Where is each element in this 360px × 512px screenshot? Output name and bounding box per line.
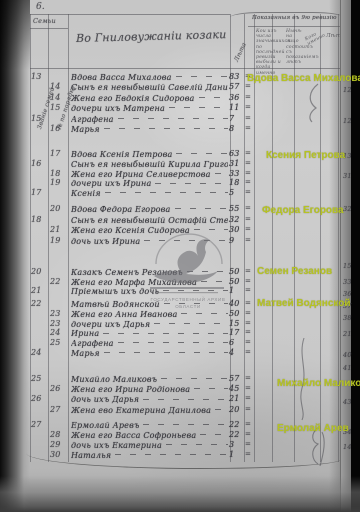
age-value: 32 [229, 215, 244, 224]
dash-run [215, 405, 228, 413]
line-number-new: 14 [50, 82, 67, 91]
dash-run [118, 338, 228, 346]
line-number-old: 17 [31, 188, 48, 197]
person-name: Аграфена [71, 339, 114, 348]
tally-mark: = [245, 319, 255, 327]
edge-number: 31 [343, 172, 352, 180]
dash-run [199, 93, 228, 101]
age-value: 15 [229, 319, 244, 328]
person-entry: Сынъ ея невыбывшій Остафій Степановъ [71, 215, 228, 225]
register-row: 18Сынъ ея невыбывшій Остафій Степановъ32… [0, 215, 360, 226]
tally-mark: = [245, 114, 255, 122]
dash-run [169, 103, 228, 111]
line-number-new: 17 [50, 149, 67, 158]
age-value: 45 [229, 384, 244, 393]
age-value: 36 [229, 93, 244, 102]
tally-mark: = [245, 440, 255, 448]
tally-mark: = [245, 225, 255, 233]
tally-mark: = [245, 267, 255, 275]
person-entry: дочери ихъ Ирина [71, 178, 228, 188]
age-value: 57 [229, 374, 244, 383]
name-annotation: Михайло Маликов [277, 378, 360, 389]
person-entry: Аграфена [71, 338, 228, 348]
person-name: Сынъ ея невыбывшій Савелій Даниловъ [71, 83, 228, 92]
person-name: дочери ихъ Ирина [71, 179, 151, 188]
person-entry: дочь ихъ Екатерина [71, 440, 228, 450]
age-value: 33 [229, 169, 244, 178]
tally-mark: = [245, 420, 255, 428]
person-name: Марья [71, 125, 100, 134]
dash-run [175, 204, 229, 212]
dash-run [166, 440, 228, 448]
tally-mark: = [245, 286, 255, 294]
person-name: Жена его Ирина Селиверстова [71, 170, 211, 179]
name-annotation: Вдова Васса Михалова [247, 73, 360, 84]
age-value: 21 [229, 394, 244, 403]
name-annotation: Ксения Петрова [266, 150, 345, 161]
person-name: Сынъ ея невыбывшій Кирила Григорьевъ [71, 160, 228, 169]
person-entry: Ксенія [71, 188, 228, 198]
age-value: 8 [229, 124, 244, 133]
tally-mark: = [245, 309, 255, 317]
register-row: 16Марья8= [0, 124, 360, 135]
age-value: 5 [229, 188, 244, 197]
tally-mark: = [245, 338, 255, 346]
line-number-new: 23 [50, 319, 67, 328]
header-subcol2-label: Нынѣ на лицо состоитъ съ показаніемъ лѣт… [286, 29, 303, 65]
dash-run [143, 394, 228, 402]
dash-run [215, 169, 228, 177]
tally-mark: = [245, 348, 255, 356]
dash-run [104, 348, 228, 356]
edge-number: 33 [343, 278, 352, 286]
line-number-new: 26 [50, 384, 67, 393]
left-box-line [30, 28, 68, 29]
line-number-new: 25 [50, 338, 67, 347]
person-entry: Сынъ ея невыбывшій Савелій Даниловъ [71, 82, 228, 92]
table-top-line [30, 14, 230, 15]
person-entry: Вдова Васса Михалова [71, 72, 228, 82]
person-name: Вдова Васса Михалова [71, 73, 172, 82]
line-number-old: 21 [31, 286, 48, 295]
age-value: 31 [229, 159, 244, 168]
age-value: 22 [229, 420, 244, 429]
book-left-edge [0, 0, 30, 512]
line-number-new: 16 [50, 124, 67, 133]
line-number-old: 25 [31, 374, 48, 383]
person-entry: Жена его Васса Софроньева [71, 430, 228, 440]
person-name: Вдова Федора Егорова [71, 205, 171, 214]
age-value: 3 [229, 440, 244, 449]
person-entry: Жена его Ирина Родіонова [71, 384, 228, 394]
person-name: Марья [71, 349, 100, 358]
name-annotation: Ермолай Арев [277, 423, 349, 434]
header-left-box-label: Семьи [33, 17, 56, 25]
tally-mark: = [245, 103, 255, 111]
tally-mark: = [245, 328, 255, 336]
age-value: 55 [229, 204, 244, 213]
line-number-old: 26 [31, 394, 48, 403]
name-annotation: Федора Егорова [262, 205, 344, 216]
line-number-new: 20 [50, 204, 67, 213]
person-name: Ксенія [71, 189, 101, 198]
tally-mark: = [245, 159, 255, 167]
edge-number: 32 [343, 205, 352, 213]
tally-mark: = [245, 188, 255, 196]
line-number-new: 22 [50, 277, 67, 286]
tally-mark: = [245, 374, 255, 382]
person-entry: дочери ихъ Дарья [71, 319, 228, 329]
line-number-new: 29 [50, 440, 67, 449]
edge-number: 41 [343, 364, 352, 372]
watermark-caption-line2: ОБЛАСТИ [138, 304, 238, 309]
person-name: Жена его Евдокія Сидорова [71, 94, 195, 103]
person-entry: Вдова Ксенія Петрова [71, 149, 228, 159]
dash-run [176, 149, 228, 157]
age-value: 6 [229, 338, 244, 347]
person-name: Жена его Ирина Родіонова [71, 385, 190, 394]
tally-mark: = [245, 299, 255, 307]
ink-squiggle [300, 82, 326, 124]
person-entry: дочь ихъ Дарья [71, 394, 228, 404]
tally-mark: = [245, 124, 255, 132]
dash-run [105, 188, 228, 196]
dash-run [155, 178, 228, 186]
tally-mark: = [245, 405, 255, 413]
scanned-archive-page: 6. Семьи Во Гниловужаніи козаки Званіе с… [0, 0, 360, 512]
dash-run [143, 420, 228, 428]
dash-run [118, 114, 228, 122]
person-name: Сынъ ея невыбывшій Остафій Степановъ [71, 216, 228, 225]
age-value: 63 [229, 149, 244, 158]
edge-number: 14 [343, 443, 352, 451]
tally-mark: = [245, 215, 255, 223]
line-number-old: 18 [31, 215, 48, 224]
person-name: дочери ихъ Дарья [71, 320, 150, 329]
age-value: 11 [229, 103, 244, 112]
tally-mark: = [245, 149, 255, 157]
person-name: дочь ихъ Дарья [71, 395, 139, 404]
edge-number: 40 [343, 351, 352, 359]
line-number-new: 19 [50, 178, 67, 187]
age-value: 7 [229, 114, 244, 123]
line-number-old: 24 [31, 348, 48, 357]
dash-run [161, 374, 228, 382]
header-bottom-line [30, 68, 343, 69]
age-value: 17 [229, 328, 244, 337]
person-name: Жена его Васса Софроньева [71, 431, 196, 440]
person-name: Вдова Ксенія Петрова [71, 150, 172, 159]
archive-watermark: ГОСУДАРСТВЕННЫЙ АРХИВ ОБЛАСТИ [138, 230, 238, 312]
edge-number: 36 [343, 290, 352, 298]
line-number-new: 23 [50, 309, 67, 318]
person-name: Жена ево Екатерина Данилова [71, 406, 211, 415]
person-entry: Жена его Евдокія Сидорова [71, 93, 228, 103]
line-number-new: 19 [50, 236, 67, 245]
person-entry: Жена его Ирина Селиверстова [71, 169, 228, 179]
dash-run [154, 319, 228, 327]
line-number-old: 20 [31, 267, 48, 276]
person-entry: Ирина [71, 328, 228, 338]
age-value: 83 [229, 72, 244, 81]
person-name: дочери ихъ Матрена [71, 104, 165, 113]
line-number-new: 14 [50, 93, 67, 102]
tally-mark: = [245, 93, 255, 101]
header-subcol1-label: Кои изъ числа значившихся по послѣдней р… [256, 29, 283, 76]
person-name: Ирина [71, 329, 99, 338]
line-number-old: 27 [31, 420, 48, 429]
line-number-old: 15 [31, 114, 48, 123]
line-number-new: 21 [50, 225, 67, 234]
person-entry: Сынъ ея невыбывшій Кирила Григорьевъ [71, 159, 228, 169]
dash-run [194, 384, 228, 392]
line-number-new: 18 [50, 169, 67, 178]
person-name: дочь ихъ Ирина [71, 237, 140, 246]
edge-number: 15 [343, 262, 352, 270]
dash-run [103, 328, 228, 336]
register-row: 17Ксенія5= [0, 188, 360, 199]
age-value: 22 [229, 430, 244, 439]
tally-mark: = [245, 178, 255, 186]
tally-mark: = [245, 277, 255, 285]
tally-mark: = [245, 430, 255, 438]
age-value: 4 [229, 348, 244, 357]
tally-mark: = [245, 384, 255, 392]
person-entry: Михайло Маликовъ [71, 374, 228, 384]
person-entry: Марья [71, 348, 228, 358]
dash-run [200, 430, 228, 438]
person-entry: Аграфена [71, 114, 228, 124]
line-number-old: 13 [31, 72, 48, 81]
person-entry: Жена ево Екатерина Данилова [71, 405, 228, 415]
name-annotation: Матвей Водянской [257, 298, 351, 309]
person-entry: Марья [71, 124, 228, 134]
tally-mark: = [245, 169, 255, 177]
line-number-new: 24 [50, 328, 67, 337]
edge-number: 21 [343, 330, 352, 338]
person-entry: Ермолай Аревъ [71, 420, 228, 430]
edge-number: 38 [343, 314, 352, 322]
line-number-new: 27 [50, 405, 67, 414]
page-number: 6. [36, 2, 45, 12]
dash-run [176, 72, 228, 80]
line-number-old: 16 [31, 159, 48, 168]
tally-mark: = [245, 204, 255, 212]
person-entry: дочери ихъ Матрена [71, 103, 228, 113]
age-value: 18 [229, 178, 244, 187]
line-number-new: 15 [50, 103, 67, 112]
edge-number: 12 [343, 86, 352, 94]
book-bottom-edge [0, 476, 360, 512]
age-value: 57 [229, 82, 244, 91]
tally-mark: = [245, 236, 255, 244]
tally-mark: = [245, 394, 255, 402]
person-name: Михайло Маликовъ [71, 375, 157, 384]
age-value: 20 [229, 405, 244, 414]
person-name: Ермолай Аревъ [71, 421, 139, 430]
watermark-caption-line1: ГОСУДАРСТВЕННЫЙ АРХИВ [138, 297, 238, 302]
line-number-new: 28 [50, 430, 67, 439]
person-name: Аграфена [71, 115, 114, 124]
name-annotation: Семен Резанов [257, 266, 332, 277]
dash-run [104, 124, 228, 132]
person-name: дочь ихъ Екатерина [71, 441, 162, 450]
person-entry: Вдова Федора Егорова [71, 204, 228, 214]
edge-number: 43 [343, 398, 352, 406]
edge-number: 12 [343, 117, 352, 125]
line-number-old: 22 [31, 299, 48, 308]
